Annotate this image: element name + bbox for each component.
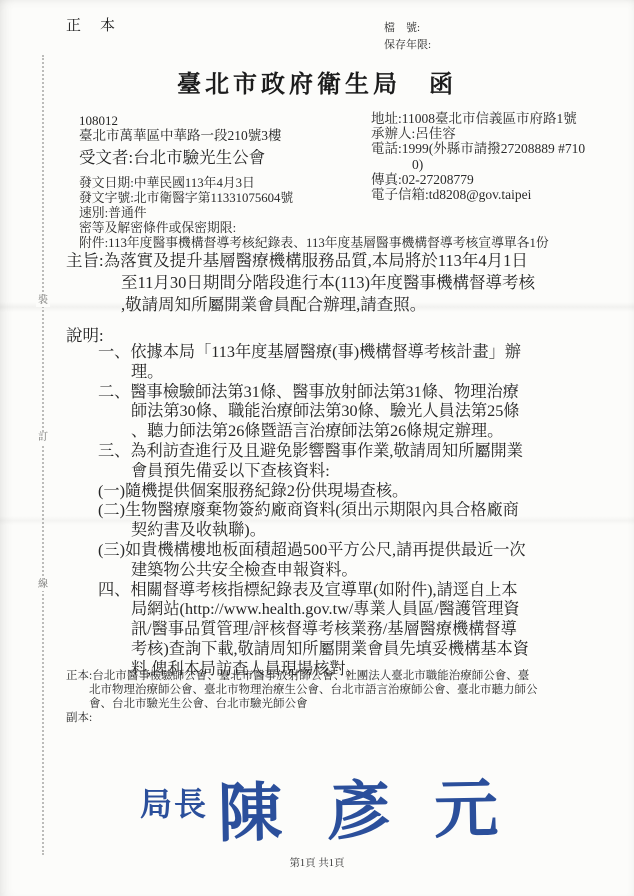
binding-mark-zhuang: 裝 [36,295,50,307]
binding-dotted-line [42,55,44,855]
document-title: 臺北市政府衛生局 函 [0,64,634,99]
original-recipients: 台北市醫事檢驗師公會、臺北市醫事放射師公會、社團法人臺北市職能治療師公會、臺北市… [89,670,538,710]
item-text: 如貴機構樓地板面積超過500平方公尺,請再提供最近一次建築物公共安全檢查申報資料… [125,541,526,579]
subject-text: 為落實及提升基層醫療機構服務品質,本局將於113年4月1日至11月30日期間分階… [104,251,535,314]
distribution-block: 正本:台北市醫事檢驗師公會、臺北市醫事放射師公會、社團法人臺北市職能治療師公會、… [66,670,540,726]
explanation-item-3-sub-1: (一)隨機提供個案服務紀錄2份供現場查核。 [98,482,530,502]
signature-name: 陳 彥 元 [217,757,513,854]
issue-date: 發文日期:中華民國113年4月3日 [79,176,549,191]
item-number: (三) [98,541,125,559]
explanation-item-3-sub-2: (二)生物醫療廢棄物簽約廠商資料(須出示期限內具合格廠商契約書及收執聯)。 [98,501,530,541]
recipient-address: 臺北市萬華區中華路一段210號3樓 [79,128,282,144]
item-number: (二) [98,501,125,519]
item-text: 相關督導考核指標紀錄表及宣導單(如附件),請逕自上本局網站(http://www… [130,581,529,678]
file-number-label: 檔 號: [384,20,431,37]
recipient-line: 受文者:台北市驗光生公會 [79,148,282,168]
item-number: 三、 [98,442,130,460]
contact-person: 承辦人:呂佳容 [371,126,589,141]
recipient-zip-code: 108012 [79,113,282,128]
subject-paragraph: 主旨:為落實及提升基層醫療機構服務品質,本局將於113年4月1日至11月30日期… [66,250,538,316]
explanation-item-1: 一、依據本局「113年度基層醫療(事)機構督導考核計畫」辦理。 [98,343,530,383]
item-number: 二、 [98,383,130,401]
item-text: 隨機提供個案服務紀錄2份供現場查核。 [125,482,408,500]
item-text: 生物醫療廢棄物簽約廠商資料(須出示期限內具合格廠商契約書及收執聯)。 [125,501,519,539]
contact-phone: 電話:1999(外縣市請撥27208889 #7100) [371,141,589,171]
item-text: 醫事檢驗師法第31條、醫事放射師法第31條、物理治療師法第30條、職能治療師法第… [130,383,519,441]
item-number: 四、 [98,581,130,599]
recipient-block: 108012 臺北市萬華區中華路一段210號3樓 受文者:台北市驗光生公會 [79,113,282,168]
original-recipients-line: 正本:台北市醫事檢驗師公會、臺北市醫事放射師公會、社團法人臺北市職能治療師公會、… [66,670,540,712]
item-text: 為利訪查進行及且避免影響醫事作業,敬請周知所屬開業會員預先備妥以下查核資料: [130,442,523,480]
recipient-label: 受文者: [79,148,133,167]
explanation-items: 一、依據本局「113年度基層醫療(事)機構督導考核計畫」辦理。 二、醫事檢驗師法… [98,343,530,680]
subject-label: 主旨: [66,251,104,270]
copy-recipients-label: 副本: [66,712,540,726]
delivery-speed: 速別:普通件 [79,206,549,221]
page-number-footer: 第1頁 共1頁 [0,855,634,870]
signature-block: 局長陳 彥 元 [140,760,512,852]
explanation-item-3: 三、為利訪查進行及且避免影響醫事作業,敬請周知所屬開業會員預先備妥以下查核資料: [98,442,530,482]
sender-address: 地址:11008臺北市信義區市府路1號 [371,111,589,126]
original-label: 正本: [66,670,92,682]
item-text: 依據本局「113年度基層醫療(事)機構督導考核計畫」辦理。 [130,343,521,381]
recipient-name: 台北市驗光生公會 [133,148,265,167]
attachment-note: 附件:113年度醫事機構督導考核紀錄表、113年度基層醫事機構督導考核宣導單各1… [79,236,549,251]
file-number-block: 檔 號: 保存年限: [384,20,431,54]
explanation-item-2: 二、醫事檢驗師法第31條、醫事放射師法第31條、物理治療師法第30條、職能治療師… [98,383,530,442]
official-letter-page: 裝 訂 線 正 本 檔 號: 保存年限: 臺北市政府衛生局 函 108012 臺… [0,0,634,896]
item-number: 一、 [98,343,130,361]
binding-mark-xian: 線 [36,579,50,591]
copy-type-label: 正 本 [66,14,117,35]
document-number: 發文字號:北市衛醫字第11331075604號 [79,191,549,206]
binding-mark-ding: 訂 [36,432,50,444]
signer-title: 局長 [140,786,208,822]
item-number: (一) [98,482,125,500]
explanation-item-3-sub-3: (三)如貴機構樓地板面積超過500平方公尺,請再提供最近一次建築物公共安全檢查申… [98,541,530,581]
explanation-item-4: 四、相關督導考核指標紀錄表及宣導單(如附件),請逕自上本局網站(http://w… [98,581,530,680]
security-classification: 密等及解密條件或保密期限: [79,221,549,236]
document-meta-block: 發文日期:中華民國113年4月3日 發文字號:北市衛醫字第11331075604… [79,176,549,251]
retention-period-label: 保存年限: [384,37,431,54]
